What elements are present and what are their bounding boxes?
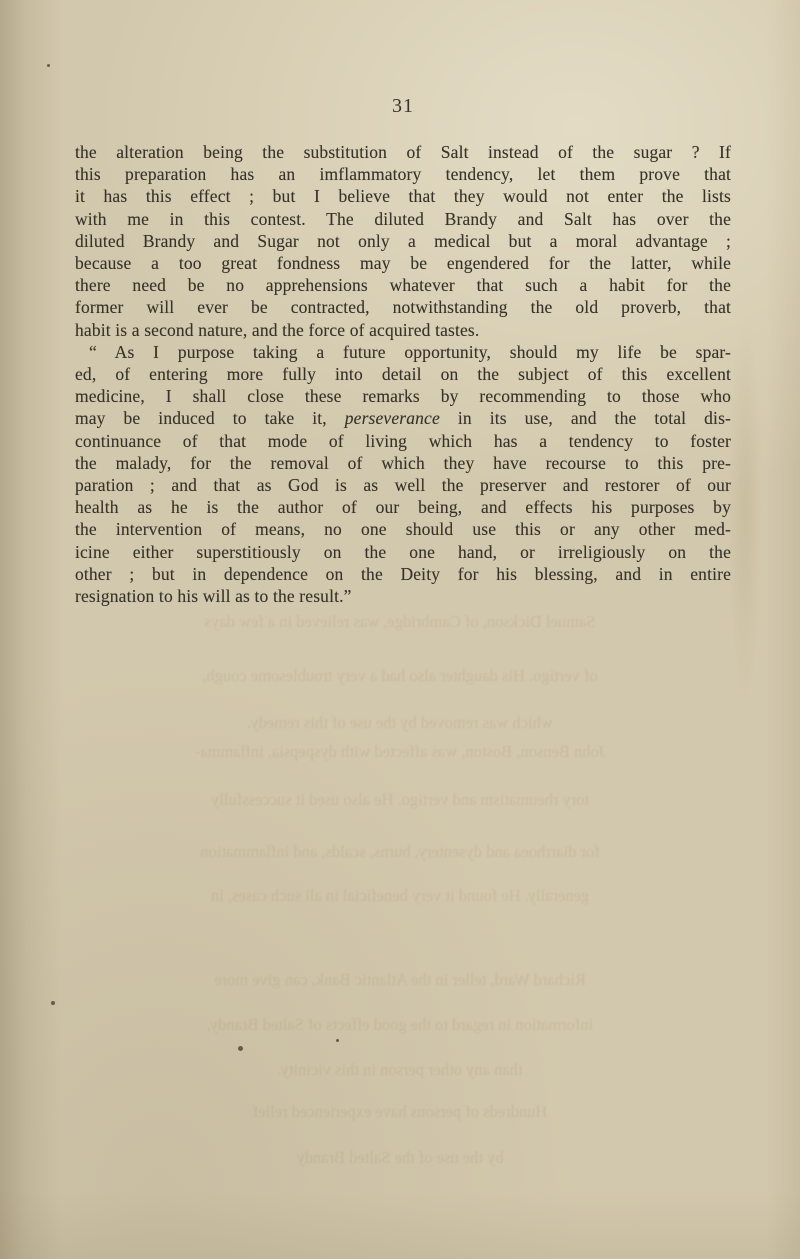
text-line: the malady, for the removal of which the… [75,452,731,474]
text-line: resignation to his will as to the result… [75,585,731,607]
paper-speck [47,64,50,67]
text-line: it has this effect ; but I believe that … [75,185,731,207]
ghost-line: for diarrhoea and dysentery, burns, scal… [70,842,730,862]
text-line: diluted Brandy and Sugar not only a medi… [75,230,731,252]
paper-speck [336,1039,339,1042]
text-line: paration ; and that as God is as well th… [75,474,731,496]
ghost-line: than any other person in this vicinity. [70,1060,730,1080]
ghost-line: of vertigo. His daughter also had a very… [70,666,730,686]
text-line: may be induced to take it, perseverance … [75,407,731,429]
ghost-line: by the use of the Salted Brandy [70,1148,730,1168]
text-line: the intervention of means, no one should… [75,518,731,540]
text-line: this preparation has an imflammatory ten… [75,163,731,185]
text-line: “ As I purpose taking a future opportuni… [75,341,731,363]
paper-speck [51,1001,55,1005]
ghost-line: which was removed by the use of this rem… [70,713,730,733]
text-line: there need be no apprehensions whatever … [75,274,731,296]
page-text: the alteration being the substitution of… [75,141,731,607]
ghost-line: information in regard to the good effect… [70,1015,730,1035]
text-line: other ; but in dependence on the Deity f… [75,563,731,585]
text-line: with me in this contest. The diluted Bra… [75,208,731,230]
text-line: former will ever be contracted, notwiths… [75,296,731,318]
text-line: icine either superstitiously on the one … [75,541,731,563]
page-number: 31 [0,95,800,118]
ghost-line: Richard Ward, teller in the Atlantic Ban… [70,970,730,990]
ghost-line: Samuel Dickson, of Cambridge, was reliev… [70,612,730,632]
text-line: habit is a second nature, and the force … [75,319,731,341]
text-line: continuance of that mode of living which… [75,430,731,452]
paper-speck [238,1046,243,1051]
text-line: ed, of entering more fully into detail o… [75,363,731,385]
text-line: the alteration being the substitution of… [75,141,731,163]
text-line: medicine, I shall close these remarks by… [75,385,731,407]
ghost-line: John Benson, Boston, was affected with d… [70,742,730,762]
ghost-line: generally. He found it very beneficial i… [70,886,730,906]
book-page-scan: Samuel Dickson, of Cambridge, was reliev… [0,0,800,1259]
text-line: health as he is the author of our being,… [75,496,731,518]
text-line: because a too great fondness may be enge… [75,252,731,274]
ghost-line: tory rheumatism and vertigo. He also use… [70,790,730,810]
ghost-line: Hundreds of persons have experienced rel… [70,1102,730,1122]
